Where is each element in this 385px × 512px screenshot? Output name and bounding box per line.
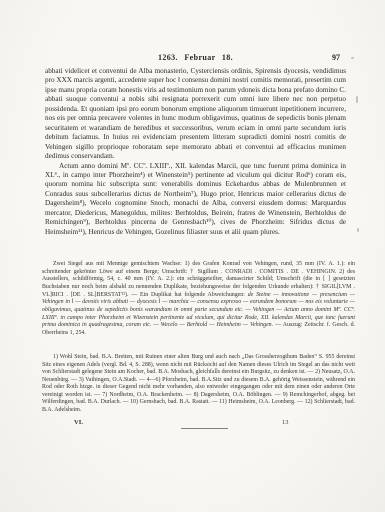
charter-paragraph-actum: Actum anno domini Mº. CCº. LXIIIº., XII.… [45,162,346,238]
signature-mark: 13 [282,419,288,426]
scanned-book-page: 1263. Februar 18. 97 abbati videlicet et… [0,0,385,512]
seal-apparatus-note: Zwei Siegel aus mit Mennige gemischtem W… [42,261,355,338]
scan-speck [351,57,354,59]
charter-text: abbati videlicet et conventui de Alba mo… [45,67,346,237]
footnotes-paragraph: 1) Wohl Stein, bad. B.A. Bretten, mit Ru… [42,354,355,414]
date-heading: 1263. Februar 18. [45,53,346,62]
scan-speck [357,228,359,232]
volume-mark: VI. [74,419,83,426]
seal-apparatus-paragraph: Zwei Siegel aus mit Mennige gemischtem W… [42,261,355,338]
running-head: 1263. Februar 18. 97 [45,53,346,65]
charter-paragraph-continuation: abbati videlicet et conventui de Alba mo… [45,67,346,162]
footnotes-block: 1) Wohl Stein, bad. B.A. Bretten, mit Ru… [42,354,355,414]
page-number: 97 [332,53,340,62]
footer-rule [181,428,228,429]
scan-speck [356,96,358,103]
